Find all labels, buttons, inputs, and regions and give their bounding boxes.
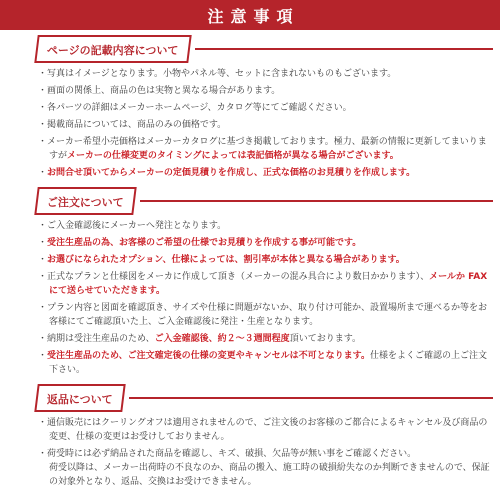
- bullet-marker: ・: [38, 238, 47, 248]
- body-text: 納期は受注生産品のため、: [47, 334, 155, 344]
- bullet-marker: ・: [38, 168, 47, 178]
- bullet-marker: ・: [38, 303, 47, 313]
- bullet-item: ・受注生産品のため、ご注文確定後の仕様の変更やキャンセルは不可となります。仕様を…: [38, 349, 490, 377]
- bullet-marker: ・: [38, 272, 47, 282]
- bullet-item: ・掲載商品については、商品のみの価格です。: [38, 118, 490, 132]
- bullet-marker: ・: [38, 86, 47, 96]
- heading-rule: [140, 200, 493, 202]
- emphasis-text: メーカーの仕様変更のタイミングによっては表記価格が異なる場合がございます。: [67, 151, 399, 161]
- bullet-item: ・正式なプランと仕様図をメーカに作成して頂き（メーカーの混み具合により数日かかり…: [38, 270, 490, 298]
- body-text: ご入金確認後にメーカーへ発注となります。: [47, 221, 226, 231]
- bullet-item: ・荷受時には必ず納品された商品を確認し、キズ、破損、欠品等が無い事をご確認くださ…: [38, 447, 490, 489]
- body-text: 写真はイメージとなります。小物やパネル等、セットに含まれないものもございます。: [47, 69, 396, 79]
- body-text: 荷受以降は、メーカー出荷時の不良なのか、商品の搬入、施工時の破損紛失なのか判断で…: [49, 463, 490, 487]
- body-text: 通信販売にはクーリングオフは適用されませんので、ご注文後のお客様のご都合によるキ…: [47, 418, 487, 442]
- body-text: 各パーツの詳細はメーカーホームページ、カタログ等にてご確認ください。: [47, 103, 352, 113]
- bullet-item: ・お選びになられたオプション、仕様によっては、割引率が本体と異なる場合があります…: [38, 253, 490, 267]
- body-text: 画面の関係上、商品の色は実物と異なる場合があります。: [47, 86, 280, 96]
- section-heading-label: ご注文について: [47, 194, 124, 210]
- body-text: 荷受時には必ず納品された商品を確認し、キズ、破損、欠品等が無い事をご確認ください…: [47, 449, 416, 459]
- bullet-item: ・メーカー希望小売価格はメーカーカタログに基づき掲載しております。極力、最新の情…: [38, 135, 490, 163]
- notice-page: 注意事項 ページの記載内容について・写真はイメージとなります。小物やパネル等、セ…: [0, 0, 500, 489]
- bullet-item: ・画面の関係上、商品の色は実物と異なる場合があります。: [38, 84, 490, 98]
- bullet-item: ・写真はイメージとなります。小物やパネル等、セットに含まれないものもございます。: [38, 67, 490, 81]
- bullet-item: ・お問合せ頂いてからメーカーの定価見積りを作成し、正式な価格のお見積りを作成しま…: [38, 166, 490, 180]
- bullet-marker: ・: [38, 351, 47, 361]
- bullet-item: ・プラン内容と図面を確認頂き、サイズや仕様に問題がないか、取り付け可能か、設置場…: [38, 301, 490, 329]
- section-heading-label: 返品について: [47, 391, 113, 407]
- bullet-list: ・写真はイメージとなります。小物やパネル等、セットに含まれないものもございます。…: [0, 67, 500, 180]
- bullet-item: ・納期は受注生産品のため、ご入金確認後、約２～３週間程度頂いております。: [38, 332, 490, 346]
- section-heading-box: 返品について: [34, 384, 125, 412]
- bullet-item: ・各パーツの詳細はメーカーホームページ、カタログ等にてご確認ください。: [38, 101, 490, 115]
- bullet-marker: ・: [38, 334, 47, 344]
- emphasis-text: お問合せ頂いてからメーカーの定価見積りを作成し、正式な価格のお見積りを作成します…: [47, 168, 415, 178]
- section-heading-row: 返品について: [36, 384, 493, 412]
- heading-rule: [195, 48, 493, 50]
- emphasis-text: ご入金確認後、約２～３週間程度: [155, 334, 290, 344]
- section-heading-box: ページの記載内容について: [34, 35, 191, 63]
- section-heading-label: ページの記載内容について: [47, 42, 179, 58]
- bullet-list: ・通信販売にはクーリングオフは適用されませんので、ご注文後のお客様のご都合による…: [0, 416, 500, 489]
- page-title: 注意事項: [200, 4, 299, 27]
- bullet-marker: ・: [38, 103, 47, 113]
- bullet-item: ・受注生産品の為、お客様のご希望の仕様でお見積りを作成する事が可能です。: [38, 236, 490, 250]
- body-text: 頂いております。: [290, 334, 361, 344]
- heading-rule: [129, 397, 493, 399]
- body-text: 正式なプランと仕様図をメーカに作成して頂き（メーカーの混み具合により数日かかりま…: [47, 272, 429, 282]
- bullet-list: ・ご入金確認後にメーカーへ発注となります。・受注生産品の為、お客様のご希望の仕様…: [0, 219, 500, 377]
- bullet-marker: ・: [38, 69, 47, 79]
- content: ページの記載内容について・写真はイメージとなります。小物やパネル等、セットに含ま…: [0, 35, 500, 489]
- bullet-marker: ・: [38, 221, 47, 231]
- page-title-banner: 注意事項: [0, 0, 500, 30]
- bullet-marker: ・: [38, 418, 47, 428]
- bullet-marker: ・: [38, 120, 47, 130]
- bullet-marker: ・: [38, 449, 47, 459]
- emphasis-text: 受注生産品のため、ご注文確定後の仕様の変更やキャンセルは不可となります。: [47, 351, 370, 361]
- bullet-marker: ・: [38, 137, 47, 147]
- bullet-marker: ・: [38, 255, 47, 265]
- emphasis-text: お選びになられたオプション、仕様によっては、割引率が本体と異なる場合があります。: [47, 255, 405, 265]
- section-heading-box: ご注文について: [34, 187, 136, 215]
- section-heading-row: ページの記載内容について: [36, 35, 493, 63]
- section-heading-row: ご注文について: [36, 187, 493, 215]
- emphasis-text: 受注生産品の為、お客様のご希望の仕様でお見積りを作成する事が可能です。: [47, 238, 361, 248]
- bullet-item: ・ご入金確認後にメーカーへ発注となります。: [38, 219, 490, 233]
- body-text: 掲載商品については、商品のみの価格です。: [47, 120, 226, 130]
- bullet-item: ・通信販売にはクーリングオフは適用されませんので、ご注文後のお客様のご都合による…: [38, 416, 490, 444]
- body-text: プラン内容と図面を確認頂き、サイズや仕様に問題がないか、取り付け可能か、設置場所…: [47, 303, 487, 327]
